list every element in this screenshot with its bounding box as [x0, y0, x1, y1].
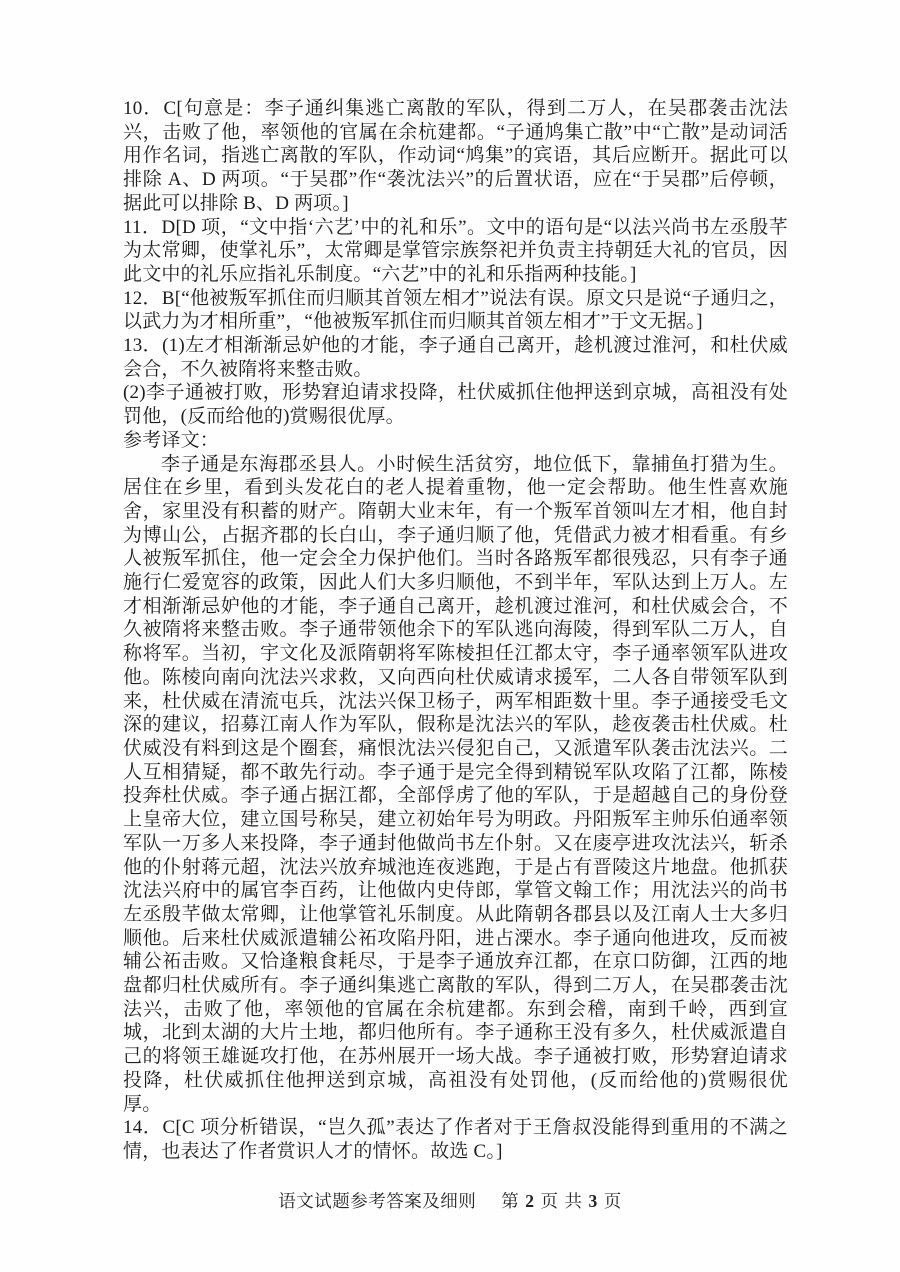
footer-total-word: 页: [604, 1191, 622, 1211]
footer-total-number: 3: [589, 1191, 598, 1211]
page-footer: 语文试题参考答案及细则第2页共3页: [0, 1188, 900, 1213]
reference-translation-label: 参考译文：: [123, 429, 788, 453]
footer-total-label: 共: [565, 1191, 583, 1211]
footer-document-title: 语文试题参考答案及细则: [278, 1191, 476, 1211]
footer-page-label: 第: [501, 1191, 519, 1211]
answer-paragraph-q13-part2: (2)李子通被打败，形势窘迫请求投降，杜伏威抓住他押送到京城，高祖没有处罚他，(…: [123, 381, 788, 428]
answer-paragraph-q14: 14．C[C 项分析错误，“岂久孤”表达了作者对于王詹叔没能得到重用的不满之情，…: [123, 1116, 788, 1163]
footer-page-number: 2: [525, 1191, 534, 1211]
scanned-answer-page: 10．C[句意是：李子通纠集逃亡离散的军队，得到二万人，在吴郡袭击沈法兴，击败了…: [0, 0, 900, 1272]
answer-paragraph-q12: 12．B[“他被叛军抓住而归顺其首领左相才”说法有误。原文只是说“子通归之，以武…: [123, 287, 788, 334]
footer-page-word: 页: [541, 1191, 559, 1211]
answer-sheet-content: 10．C[句意是：李子通纠集逃亡离散的军队，得到二万人，在吴郡袭击沈法兴，击败了…: [123, 97, 788, 1164]
answer-paragraph-q10: 10．C[句意是：李子通纠集逃亡离散的军队，得到二万人，在吴郡袭击沈法兴，击败了…: [123, 97, 788, 216]
reference-translation-body: 李子通是东海郡丞县人。小时候生活贫穷，地位低下，靠捕鱼打猎为生。居住在乡里，看到…: [123, 453, 788, 1117]
answer-paragraph-q11: 11．D[D 项，“文中指‘六艺’中的礼和乐”。文中的语句是“以法兴尚书左丞殷芊…: [123, 216, 788, 287]
answer-paragraph-q13-part1: 13．(1)左才相渐渐忌妒他的才能，李子通自己离开，趁机渡过淮河，和杜伏威会合，…: [123, 334, 788, 381]
